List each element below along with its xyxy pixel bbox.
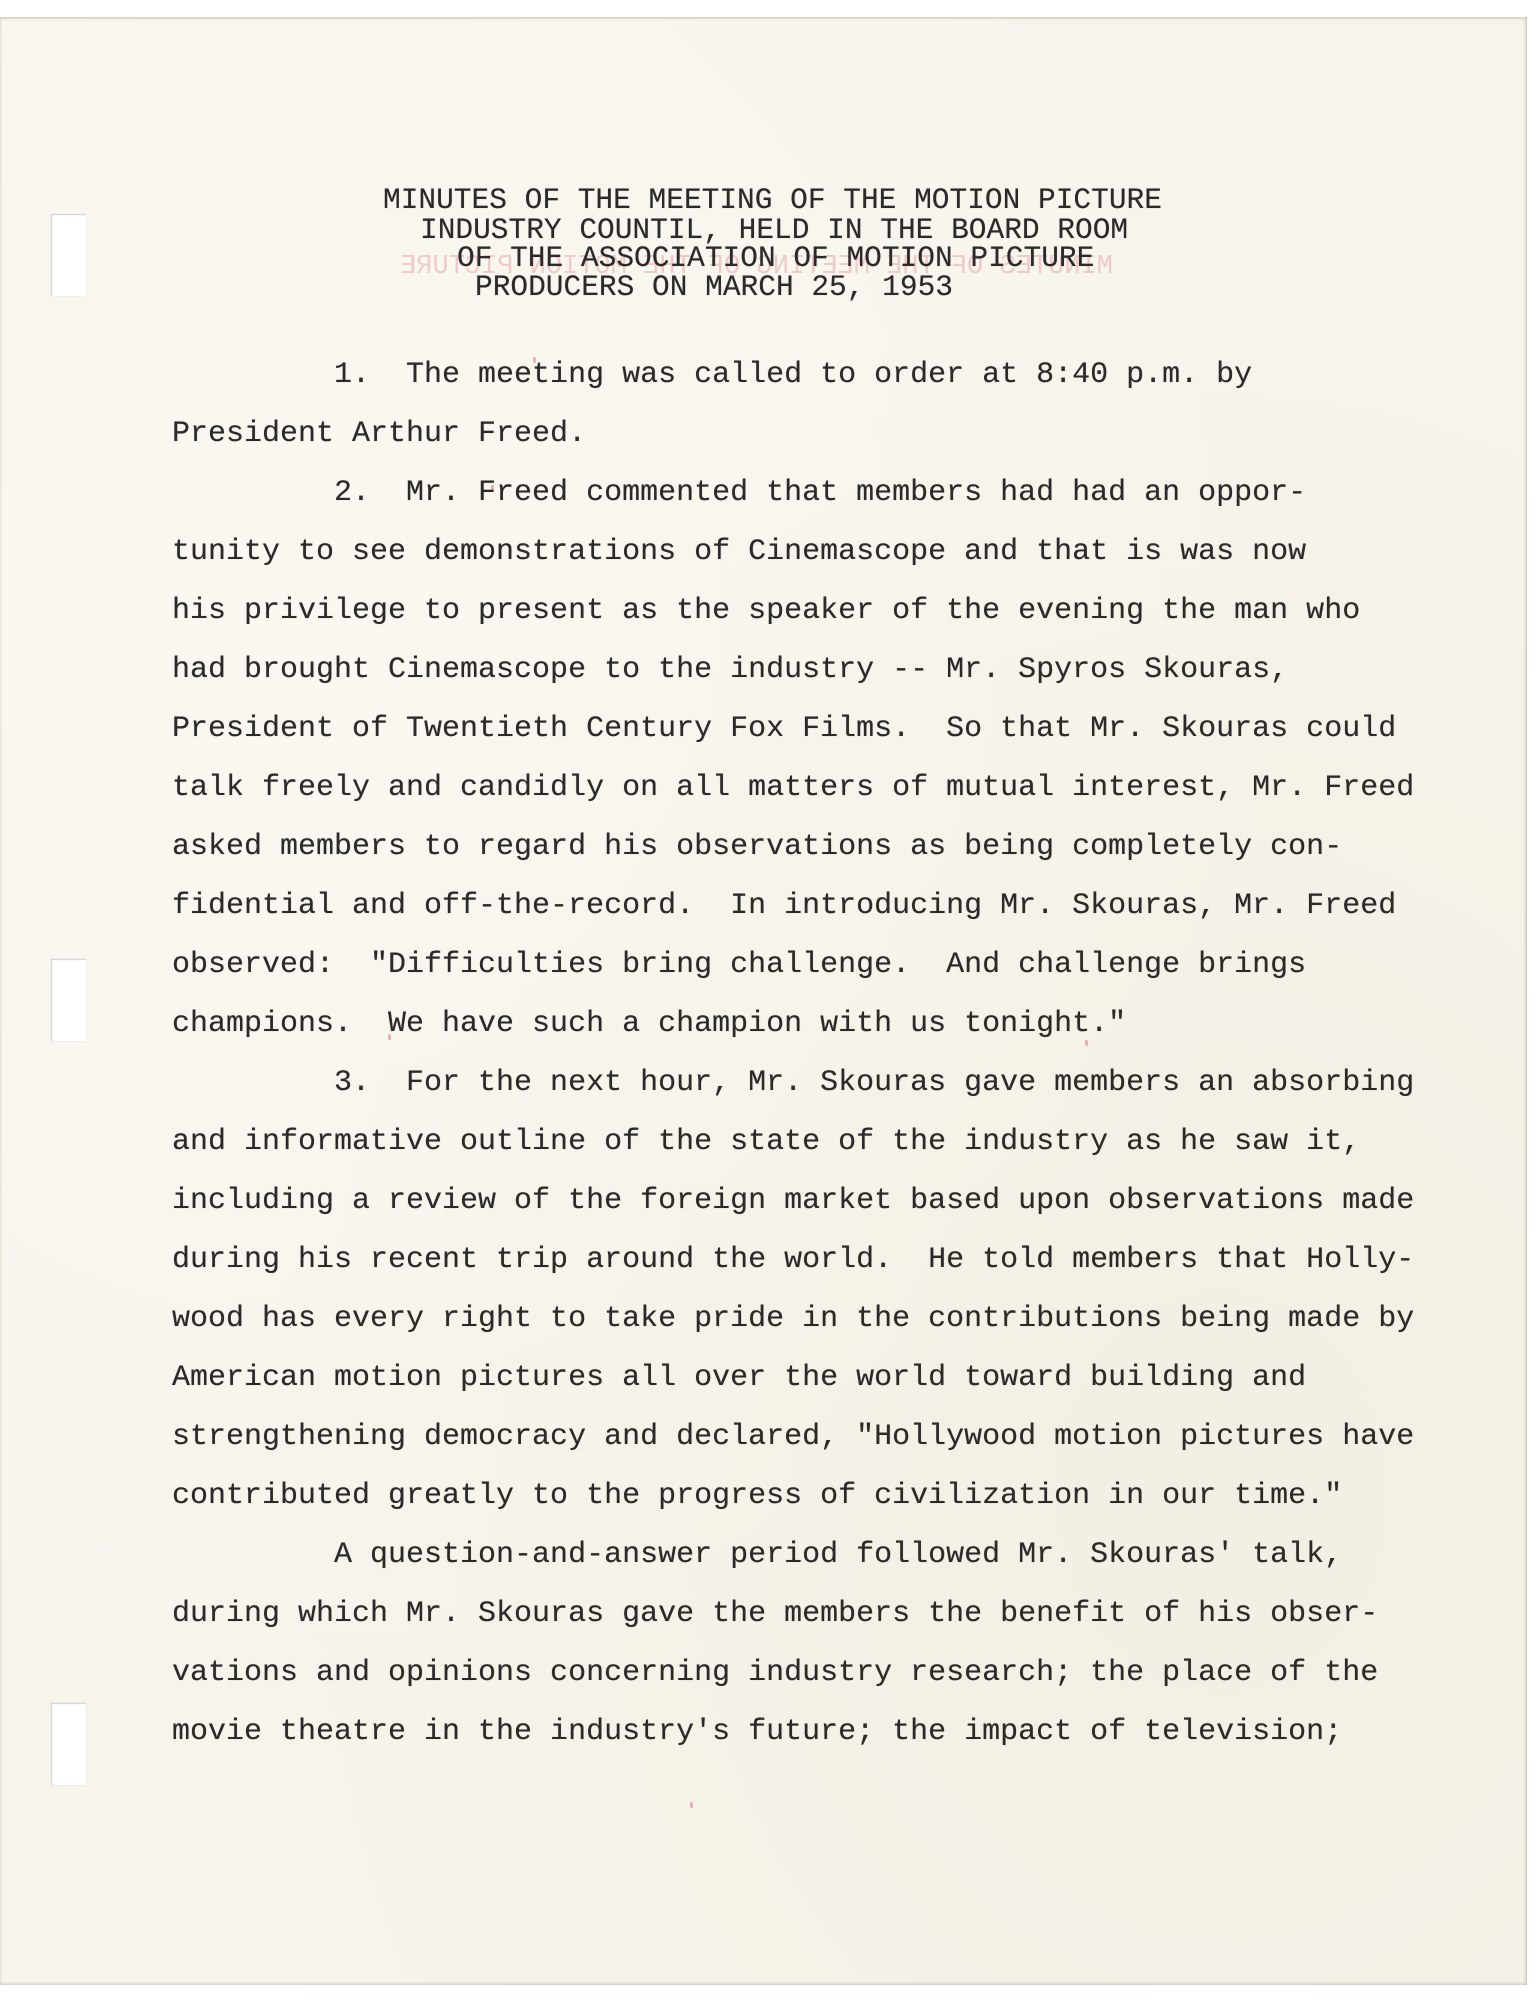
body-line: his privilege to present as the speaker …	[172, 596, 1360, 626]
body-line: President Arthur Freed.	[172, 419, 586, 449]
body-line: during his recent trip around the world.…	[172, 1245, 1414, 1275]
document-page: MINUTES OF THE MEETING OF THE MOTION PIC…	[0, 17, 1527, 1985]
body-line: wood has every right to take pride in th…	[172, 1304, 1414, 1334]
title-line-3: OF THE ASSOCIATION OF MOTION PICTURE	[457, 243, 1094, 273]
body-line: vations and opinions concerning industry…	[172, 1658, 1378, 1688]
body-line: and informative outline of the state of …	[172, 1127, 1360, 1157]
body-line: asked members to regard his observations…	[172, 832, 1342, 862]
punch-hole-bottom	[51, 1703, 86, 1785]
body-line: tunity to see demonstrations of Cinemasc…	[172, 537, 1306, 567]
body-line: champions. We have such a champion with …	[172, 1009, 1126, 1039]
title-line-4: PRODUCERS ON MARCH 25, 1953	[475, 272, 953, 302]
title-line-1: MINUTES OF THE MEETING OF THE MOTION PIC…	[383, 185, 1162, 215]
punch-hole-middle	[51, 959, 86, 1041]
body-line: during which Mr. Skouras gave the member…	[172, 1599, 1378, 1629]
body-line: movie theatre in the industry's future; …	[172, 1717, 1342, 1747]
body-line: American motion pictures all over the wo…	[172, 1363, 1306, 1393]
body-line: observed: "Difficulties bring challenge.…	[172, 950, 1306, 980]
item-2-line: 2. Mr. Freed commented that members had …	[172, 478, 1306, 508]
qa-paragraph-line: A question-and-answer period followed Mr…	[172, 1540, 1342, 1570]
body-line: talk freely and candidly on all matters …	[172, 773, 1414, 803]
body-line: fidential and off-the-record. In introdu…	[172, 891, 1396, 921]
body-line: strengthening democracy and declared, "H…	[172, 1422, 1414, 1452]
item-1-line: 1. The meeting was called to order at 8:…	[172, 360, 1252, 390]
body-line: including a review of the foreign market…	[172, 1186, 1414, 1216]
body-line: contributed greatly to the progress of c…	[172, 1481, 1342, 1511]
body-line: President of Twentieth Century Fox Films…	[172, 714, 1396, 744]
body-line: had brought Cinemascope to the industry …	[172, 655, 1288, 685]
punch-hole-top	[51, 214, 86, 296]
ink-speck	[690, 1802, 693, 1808]
item-3-line: 3. For the next hour, Mr. Skouras gave m…	[172, 1068, 1414, 1098]
